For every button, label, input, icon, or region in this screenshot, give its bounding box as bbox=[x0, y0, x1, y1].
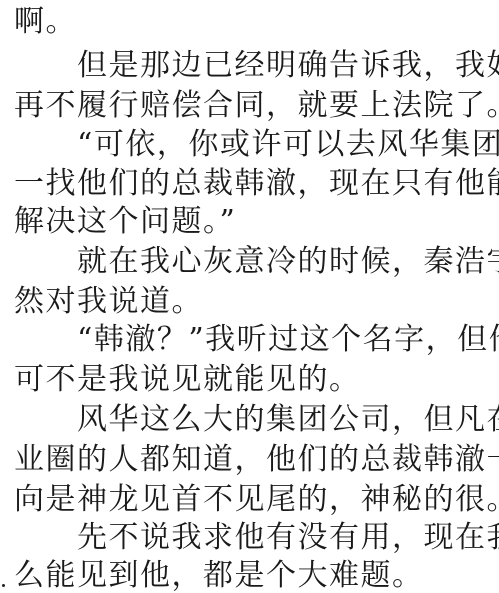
text-line: 一找他们的总裁韩澈，现在只有他能 bbox=[14, 164, 499, 204]
text-line: 先不说我求他有没有用，现在我怎 bbox=[14, 518, 499, 558]
text-line: 么能见到他，都是个大难题。 bbox=[14, 556, 424, 593]
text-line: 业圈的人都知道，他们的总裁韩澈一 bbox=[14, 440, 499, 480]
text-line: “可依，你或许可以去风华集团找 bbox=[14, 125, 499, 165]
text-line: 再不履行赔偿合同，就要上法院了。 bbox=[14, 86, 499, 126]
text-line: 啊。 bbox=[14, 2, 77, 42]
text-line: 然对我说道。 bbox=[14, 282, 203, 322]
text-line: 可不是我说见就能见的。 bbox=[14, 360, 361, 400]
text-line: 向是神龙见首不见尾的，神秘的很。 bbox=[14, 480, 499, 520]
stray-dot-mark bbox=[2, 584, 5, 587]
text-line: 就在我心灰意冷的时候，秦浩宇突 bbox=[14, 242, 499, 282]
text-line: 但是那边已经明确告诉我，我如果 bbox=[14, 46, 499, 86]
text-line: 解决这个问题。” bbox=[14, 202, 236, 242]
text-line: “韩澈？”我听过这个名字，但他 bbox=[14, 320, 499, 360]
text-line: 风华这么大的集团公司，但凡在商 bbox=[14, 400, 499, 440]
